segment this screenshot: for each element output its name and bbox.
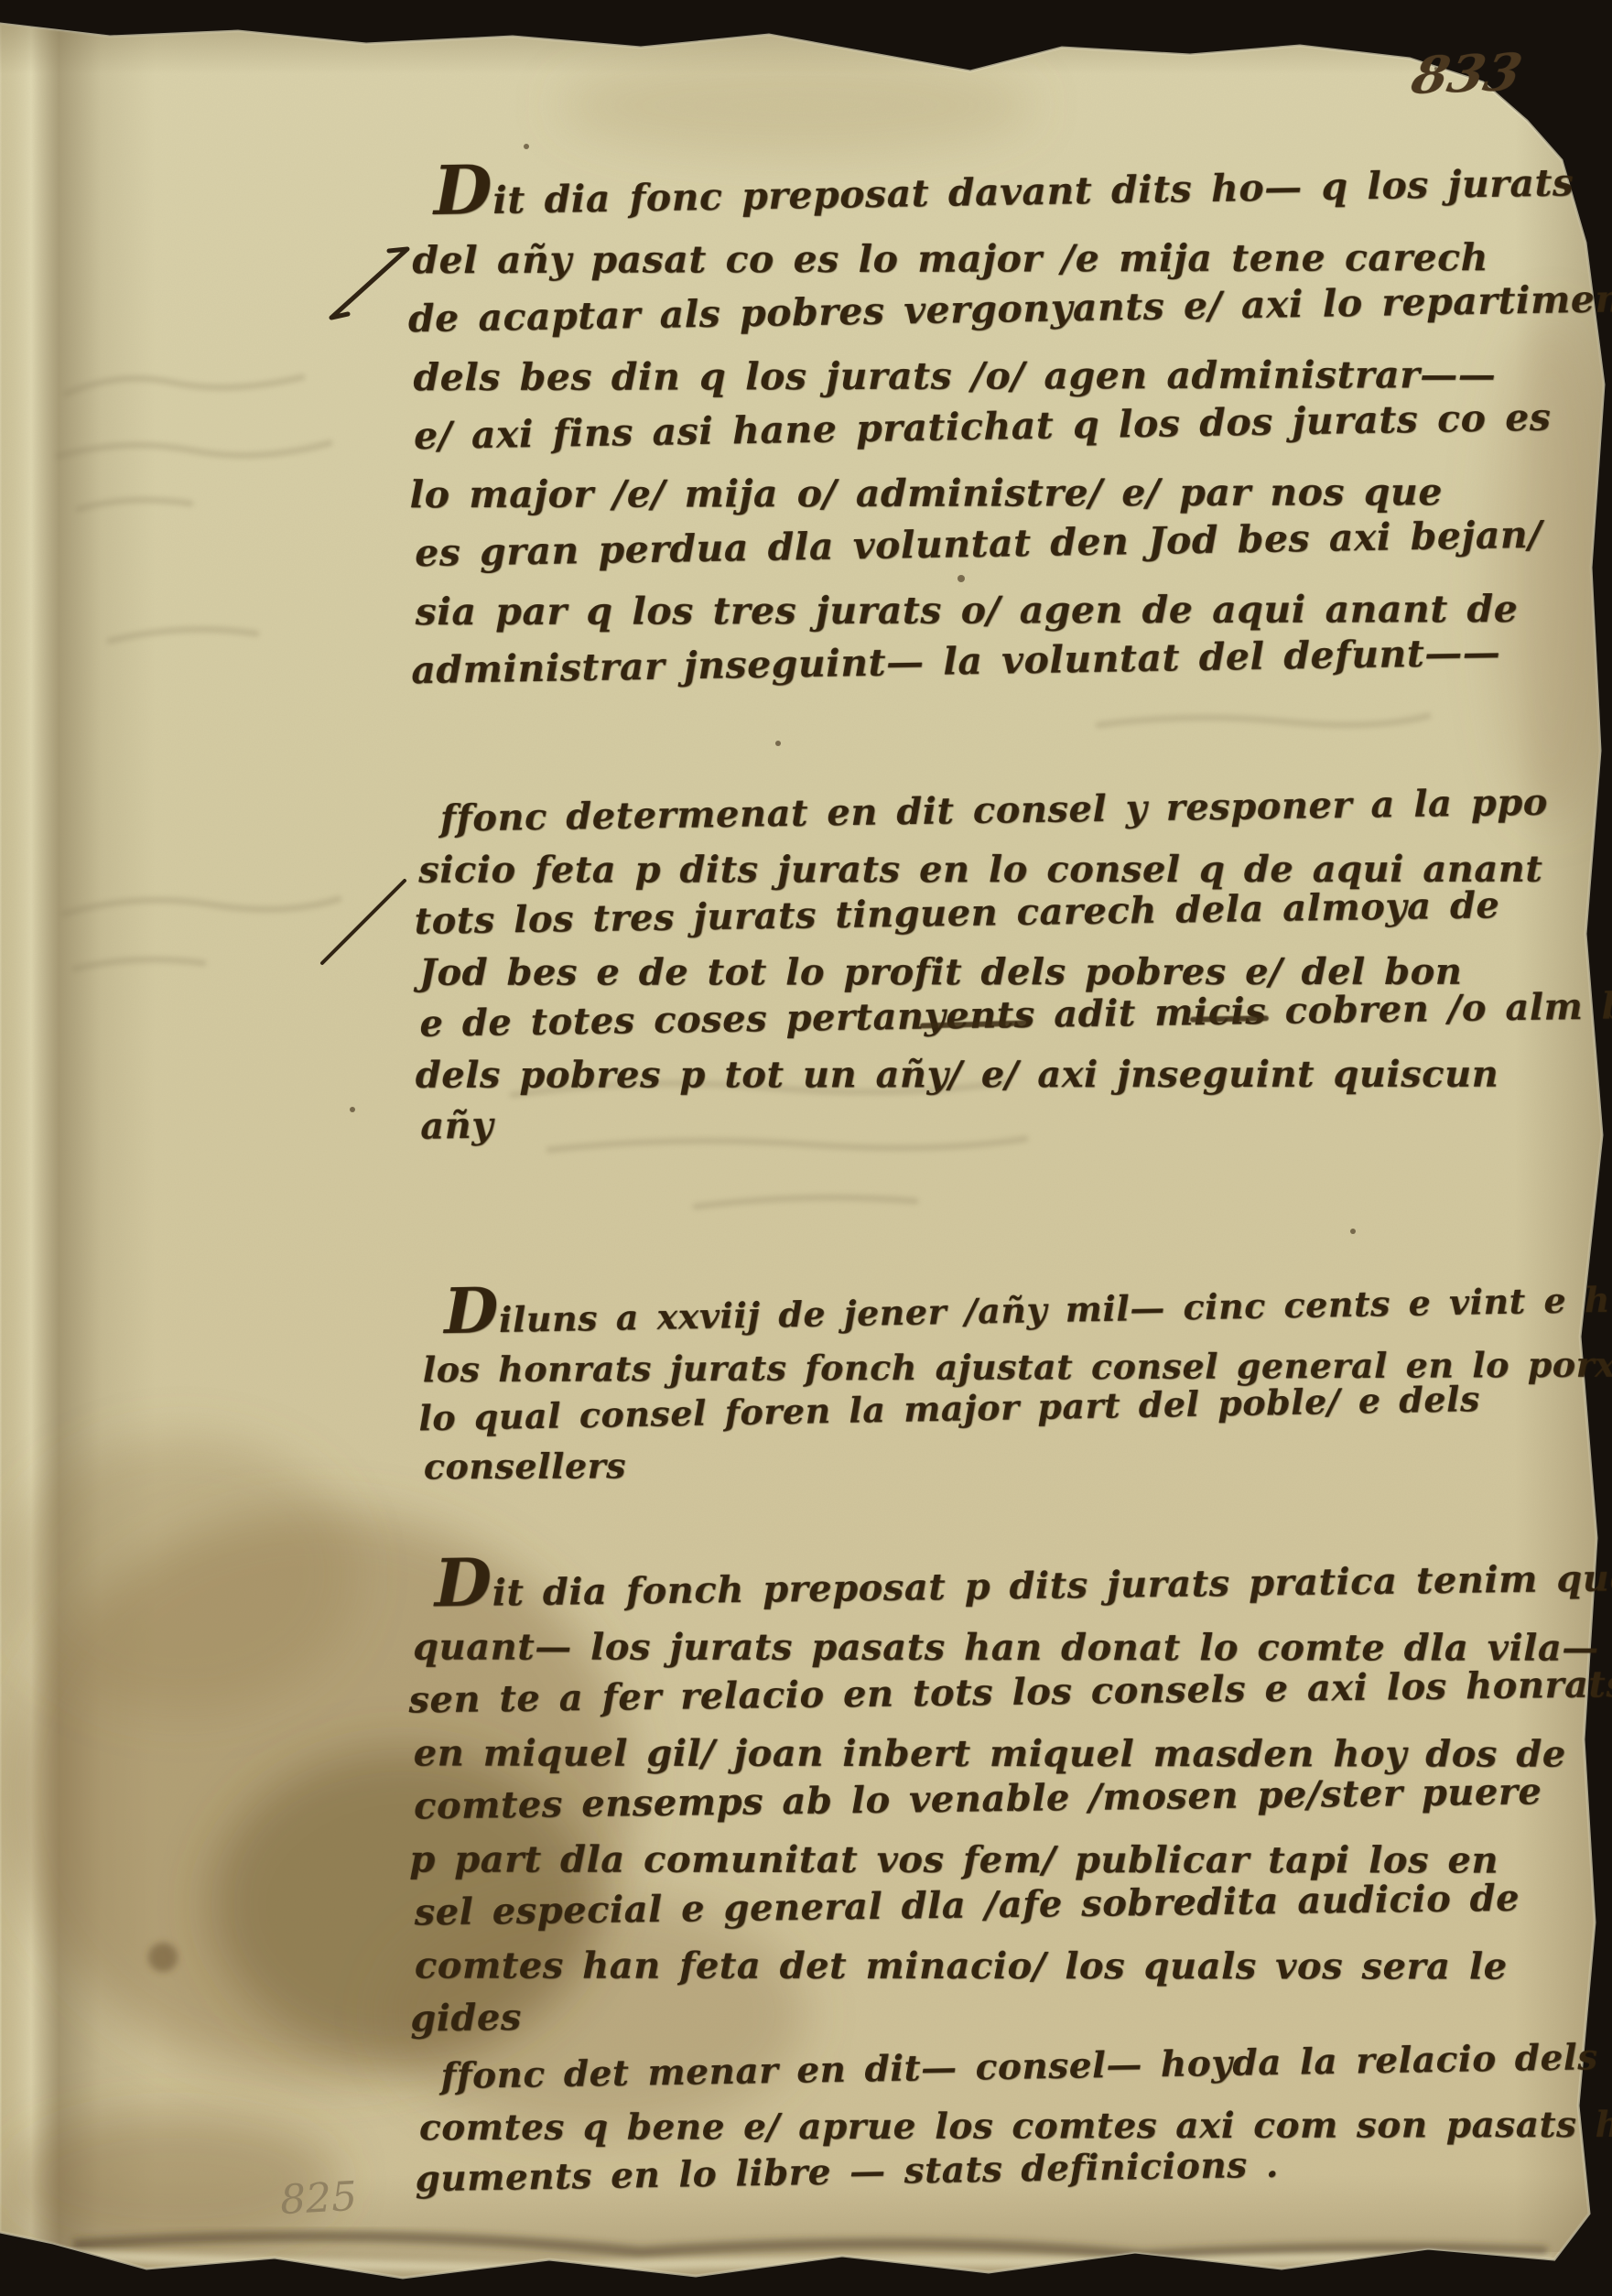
manuscript-page: 833 Dit dia fonc preposat davant dits ho… [0,0,1612,2296]
paragraph-3: Diluns a xxviij de jener /añy mil— cinc … [422,1283,1612,1491]
paragraph-2: ffonc determenat en dit consel y respone… [418,785,1612,1153]
manuscript-line: Diluns a xxviij de jener /añy mil— cinc … [444,1273,1612,1345]
pencil-folio-number: 825 [279,2173,359,2224]
handwriting-layer: 833 Dit dia fonc preposat davant dits ho… [0,0,1612,2296]
manuscript-line: Dit dia fonc preposat davant dits ho— q … [433,151,1612,231]
paragraph-5: ffonc det menar en dit— consel— hoyda la… [418,2040,1612,2205]
manuscript-line: consellers [424,1436,1612,1490]
folio-number: 833 [1406,42,1527,106]
manuscript-line: Dit dia fonch preposat p dits jurats pra… [434,1549,1612,1620]
paragraph-4: Dit dia fonch preposat p dits jurats pra… [413,1559,1612,2046]
manuscript-line: ffonc determenat en dit consel y respone… [439,775,1612,845]
paragraph-1: Dit dia fonc preposat davant dits ho— q … [412,161,1612,699]
